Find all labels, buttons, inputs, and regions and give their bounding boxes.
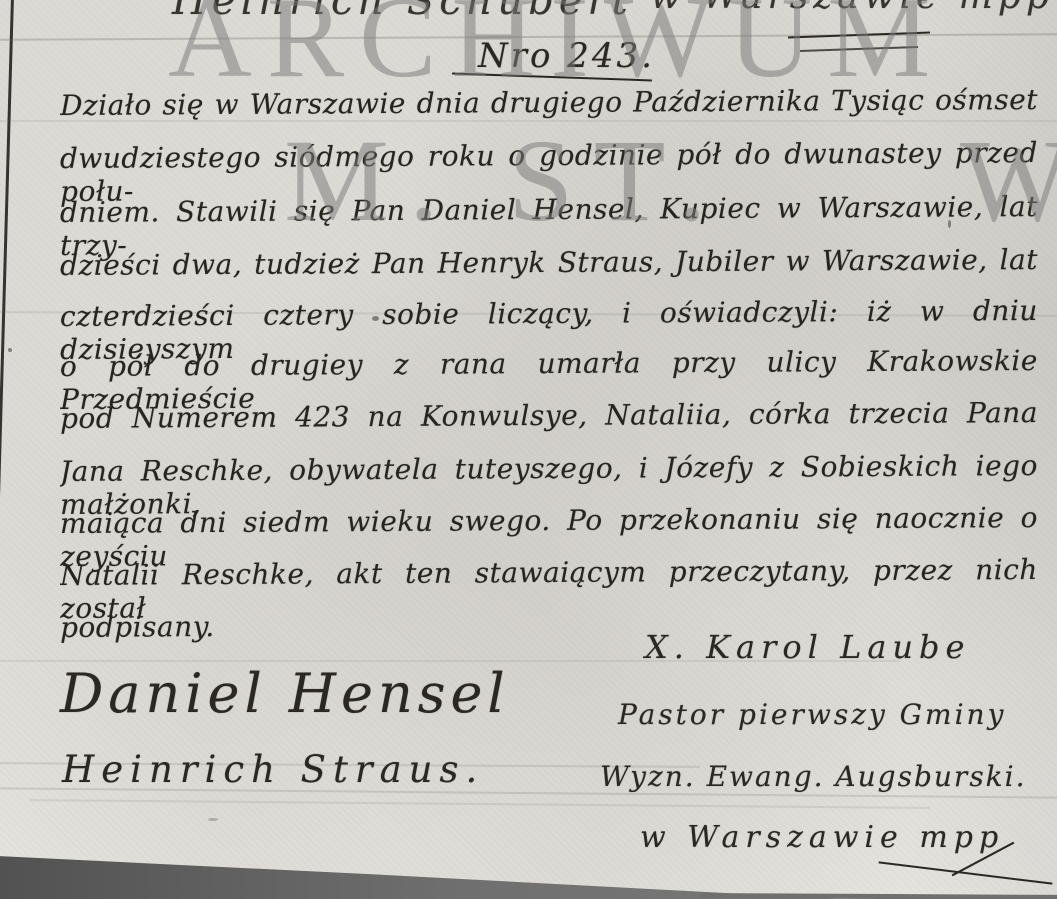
- previous-record-signature: Heinrich Schubert: [172, 0, 633, 24]
- ink-speck: [8, 348, 12, 352]
- previous-record-place: w Warszawie mpp: [650, 0, 1054, 17]
- body-line-text: pod Numerem 423 na Konwulsye,: [60, 399, 605, 435]
- scan-rule-line: [30, 799, 930, 809]
- signature-pastor-title: Pastor pierwszy Gminy: [618, 698, 1006, 731]
- ink-speck: [208, 818, 218, 821]
- signature-karol-laube: X. Karol Laube: [645, 628, 970, 666]
- page-edge-shadow: [0, 848, 838, 899]
- signature-place: w Warszawie mpp: [640, 820, 1004, 855]
- signature-heinrich-straus: Heinrich Straus.: [62, 748, 484, 791]
- deceased-name-underlined: Nataliia: [605, 398, 722, 435]
- page-edge-shadow-thin: [700, 893, 1057, 899]
- signature-daniel-hensel: Daniel Hensel: [60, 662, 510, 725]
- record-number: Nro 243.: [478, 36, 655, 76]
- margin-rule-line: [0, 0, 14, 868]
- body-line: dzieści dwa, tudzież Pan Henryk Straus, …: [60, 243, 1038, 282]
- scanned-death-record-page: Heinrich Schubert w Warszawie mpp Nro 24…: [0, 0, 1057, 899]
- signature-flourish: [879, 861, 1053, 884]
- body-line: Działo się w Warszawie dnia drugiego Paź…: [60, 83, 1038, 122]
- signature-flourish: [800, 46, 918, 52]
- signature-parish-name: Wyzn. Ewang. Augsburski.: [600, 760, 1027, 793]
- body-line: pod Numerem 423 na Konwulsye, Nataliia, …: [60, 396, 1038, 435]
- body-line-text: , córka trzecia Pana: [722, 396, 1038, 431]
